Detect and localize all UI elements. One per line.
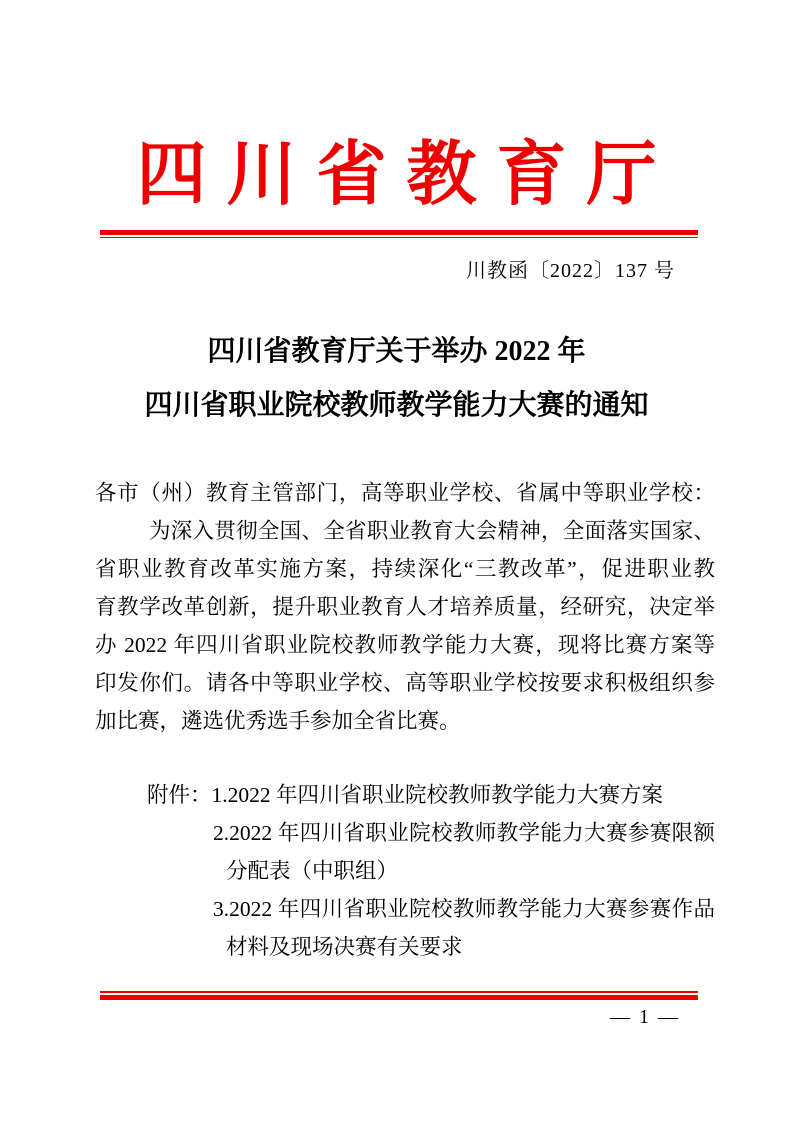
attachment-item-3: 3.2022 年四川省职业院校教师教学能力大赛参赛作品 <box>213 890 715 928</box>
letterhead-rule <box>100 230 698 238</box>
attachment-item-2-continuation: 分配表（中职组） <box>226 852 715 890</box>
document-title-line2: 四川省职业院校教师教学能力大赛的通知 <box>0 379 793 433</box>
attachment-item-3-continuation: 材料及现场决赛有关要求 <box>226 928 715 966</box>
page-number: — 1 — <box>610 1004 680 1030</box>
document-title: 四川省教育厅关于举办 2022 年 四川省职业院校教师教学能力大赛的通知 <box>0 325 793 433</box>
document-page: 四川省教育厅 川教函〔2022〕137 号 四川省教育厅关于举办 2022 年 … <box>0 0 793 1122</box>
body-line: 育教学改革创新，提升职业教育人才培养质量，经研究，决定举 <box>95 588 715 626</box>
attachments-list: 附件：1.2022 年四川省职业院校教师教学能力大赛方案 2.2022 年四川省… <box>95 776 715 966</box>
body-line: 印发你们。请各中等职业学校、高等职业学校按要求积极组织参 <box>95 664 715 702</box>
letterhead-rule-thin <box>100 237 698 239</box>
attachment-item-1: 附件：1.2022 年四川省职业院校教师教学能力大赛方案 <box>147 776 715 814</box>
document-number: 川教函〔2022〕137 号 <box>466 258 675 284</box>
body-line: 省职业教育改革实施方案，持续深化“三教改革”，促进职业教 <box>95 550 715 588</box>
body-line: 办 2022 年四川省职业院校教师教学能力大赛，现将比赛方案等 <box>95 626 715 664</box>
body-line-salutation: 各市（州）教育主管部门，高等职业学校、省属中等职业学校： <box>95 474 715 512</box>
document-title-line1: 四川省教育厅关于举办 2022 年 <box>0 325 793 379</box>
body-text: 各市（州）教育主管部门，高等职业学校、省属中等职业学校： 为深入贯彻全国、全省职… <box>95 474 715 740</box>
attachment-item-2: 2.2022 年四川省职业院校教师教学能力大赛参赛限额 <box>213 814 715 852</box>
footer-rule-thick <box>100 995 698 1000</box>
footer-rule <box>100 991 698 1000</box>
body-line: 为深入贯彻全国、全省职业教育大会精神，全面落实国家、 <box>95 512 715 550</box>
letterhead-org-name: 四川省教育厅 <box>0 138 793 214</box>
body-line-last: 加比赛，遴选优秀选手参加全省比赛。 <box>95 702 715 740</box>
